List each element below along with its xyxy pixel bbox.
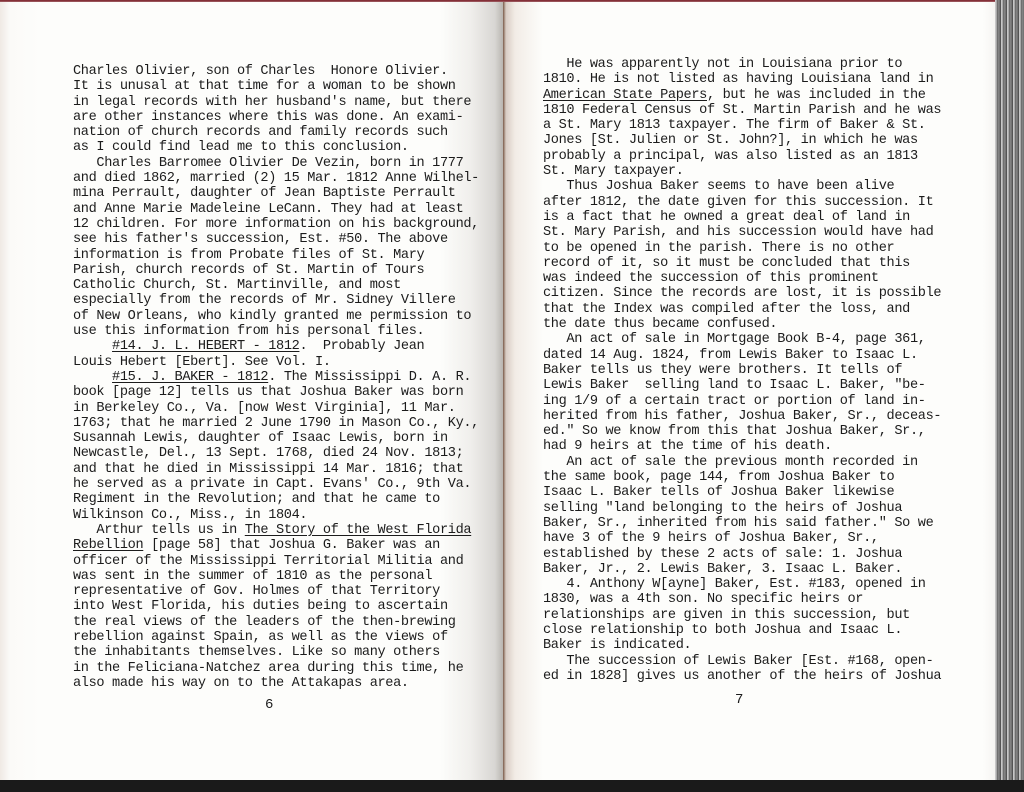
text-line: It is unusal at that time for a woman to… bbox=[73, 79, 479, 94]
text-line: the inhabitants themselves. Like so many… bbox=[73, 645, 479, 660]
text-line: Lewis Baker selling land to Isaac L. Bak… bbox=[543, 378, 941, 393]
text-line: Baker, Jr., 2. Lewis Baker, 3. Isaac L. … bbox=[543, 562, 941, 577]
text-line: and Anne Marie Madeleine LeCann. They ha… bbox=[73, 202, 479, 217]
text-line: Regiment in the Revolution; and that he … bbox=[73, 492, 479, 507]
text-line: 1810. He is not listed as having Louisia… bbox=[543, 72, 941, 87]
text-line: Rebellion [page 58] that Joshua G. Baker… bbox=[73, 538, 479, 553]
text-line: dated 14 Aug. 1824, from Lewis Baker to … bbox=[543, 348, 941, 363]
text-line: 4. Anthony W[ayne] Baker, Est. #183, ope… bbox=[543, 577, 941, 592]
text-line: 12 children. For more information on his… bbox=[73, 217, 479, 232]
text-line: was indeed the succession of this promin… bbox=[543, 271, 941, 286]
underlined-text: Rebellion bbox=[73, 538, 143, 553]
text-line: Baker tells us they were brothers. It te… bbox=[543, 363, 941, 378]
text-line: Charles Olivier, son of Charles Honore O… bbox=[73, 64, 479, 79]
book-bottom-shadow bbox=[0, 780, 1024, 792]
text-line: book [page 12] tells us that Joshua Bake… bbox=[73, 385, 479, 400]
text-line: as I could find lead me to this conclusi… bbox=[73, 140, 479, 155]
text-line: into West Florida, his duties being to a… bbox=[73, 599, 479, 614]
text-line: to be opened in the parish. There is no … bbox=[543, 241, 941, 256]
text-line: Susannah Lewis, daughter of Isaac Lewis,… bbox=[73, 431, 479, 446]
text-line: and died 1862, married (2) 15 Mar. 1812 … bbox=[73, 171, 479, 186]
text-line: Parish, church records of St. Martin of … bbox=[73, 263, 479, 278]
text-line: #15. J. BAKER - 1812. The Mississippi D.… bbox=[73, 370, 479, 385]
underlined-text: #14. J. L. HEBERT - 1812 bbox=[112, 339, 299, 354]
text-line: Catholic Church, St. Martinville, and mo… bbox=[73, 278, 479, 293]
text-line: Arthur tells us in The Story of the West… bbox=[73, 523, 479, 538]
text-line: Charles Barromee Olivier De Vezin, born … bbox=[73, 156, 479, 171]
text-line: Isaac L. Baker tells of Joshua Baker lik… bbox=[543, 485, 941, 500]
text-line: see his father's succession, Est. #50. T… bbox=[73, 232, 479, 247]
underlined-text: #15. J. BAKER - 1812 bbox=[112, 370, 268, 385]
left-page: Charles Olivier, son of Charles Honore O… bbox=[0, 2, 503, 782]
text-line: herited from his father, Joshua Baker, S… bbox=[543, 409, 941, 424]
text-line: of New Orleans, who kindly granted me pe… bbox=[73, 309, 479, 324]
page-edges bbox=[995, 0, 1024, 792]
text-line: a St. Mary 1813 taxpayer. The firm of Ba… bbox=[543, 118, 941, 133]
text-line: He was apparently not in Louisiana prior… bbox=[543, 57, 941, 72]
page-number-left: 6 bbox=[265, 697, 273, 713]
left-page-body: Charles Olivier, son of Charles Honore O… bbox=[73, 64, 479, 691]
text-line: record of it, so it must be concluded th… bbox=[543, 256, 941, 271]
text-line: was sent in the summer of 1810 as the pe… bbox=[73, 569, 479, 584]
text-line: #14. J. L. HEBERT - 1812. Probably Jean bbox=[73, 339, 479, 354]
text-line: nation of church records and family reco… bbox=[73, 125, 479, 140]
text-line: relationships are given in this successi… bbox=[543, 608, 941, 623]
text-line: citizen. Since the records are lost, it … bbox=[543, 286, 941, 301]
text-line: St. Mary Parish, and his succession woul… bbox=[543, 225, 941, 240]
text-line: ing 1/9 of a certain tract or portion of… bbox=[543, 394, 941, 409]
text-line: in the Feliciana-Natchez area during thi… bbox=[73, 661, 479, 676]
page-number-right: 7 bbox=[735, 692, 743, 708]
text-line: 1763; that he married 2 June 1790 in Mas… bbox=[73, 416, 479, 431]
text-line: rebellion against Spain, as well as the … bbox=[73, 630, 479, 645]
text-line: An act of sale the previous month record… bbox=[543, 455, 941, 470]
text-line: probably a principal, was also listed as… bbox=[543, 149, 941, 164]
text-line: in legal records with her husband's name… bbox=[73, 95, 479, 110]
text-line: had 9 heirs at the time of his death. bbox=[543, 439, 941, 454]
text-line: Thus Joshua Baker seems to have been ali… bbox=[543, 179, 941, 194]
text-line: Newcastle, Del., 13 Sept. 1768, died 24 … bbox=[73, 446, 479, 461]
text-line: information is from Probate files of St.… bbox=[73, 248, 479, 263]
text-line: The succession of Lewis Baker [Est. #168… bbox=[543, 654, 941, 669]
text-line: the real views of the leaders of the the… bbox=[73, 615, 479, 630]
text-line: Baker, Sr., inherited from his said fath… bbox=[543, 516, 941, 531]
text-line: he served as a private in Capt. Evans' C… bbox=[73, 477, 479, 492]
text-line: also made his way on to the Attakapas ar… bbox=[73, 676, 479, 691]
text-line: mina Perrault, daughter of Jean Baptiste… bbox=[73, 186, 479, 201]
text-line: St. Mary taxpayer. bbox=[543, 164, 941, 179]
text-line: the date thus became confused. bbox=[543, 317, 941, 332]
underlined-text: American State Papers bbox=[543, 88, 707, 103]
underlined-text: The Story of the West Florida bbox=[245, 523, 471, 538]
text-line: Baker is indicated. bbox=[543, 638, 941, 653]
text-line: ed." So we know from this that Joshua Ba… bbox=[543, 424, 941, 439]
text-line: selling "land belonging to the heirs of … bbox=[543, 501, 941, 516]
text-line: in Berkeley Co., Va. [now West Virginia]… bbox=[73, 401, 479, 416]
right-page-body: He was apparently not in Louisiana prior… bbox=[543, 57, 941, 684]
text-line: Wilkinson Co., Miss., in 1804. bbox=[73, 508, 479, 523]
text-line: have 3 of the 9 heirs of Joshua Baker, S… bbox=[543, 531, 941, 546]
text-line: and that he died in Mississippi 14 Mar. … bbox=[73, 462, 479, 477]
text-line: Jones [St. Julien or St. John?], in whic… bbox=[543, 133, 941, 148]
text-line: that the Index was compiled after the lo… bbox=[543, 302, 941, 317]
text-line: representative of Gov. Holmes of that Te… bbox=[73, 584, 479, 599]
text-line: 1830, was a 4th son. No specific heirs o… bbox=[543, 592, 941, 607]
text-line: the same book, page 144, from Joshua Bak… bbox=[543, 470, 941, 485]
text-line: after 1812, the date given for this succ… bbox=[543, 195, 941, 210]
text-line: An act of sale in Mortgage Book B-4, pag… bbox=[543, 332, 941, 347]
text-line: especially from the records of Mr. Sidne… bbox=[73, 293, 479, 308]
text-line: officer of the Mississippi Territorial M… bbox=[73, 554, 479, 569]
text-line: is a fact that he owned a great deal of … bbox=[543, 210, 941, 225]
text-line: are other instances where this was done.… bbox=[73, 110, 479, 125]
text-line: close relationship to both Joshua and Is… bbox=[543, 623, 941, 638]
text-line: 1810 Federal Census of St. Martin Parish… bbox=[543, 103, 941, 118]
text-line: Louis Hebert [Ebert]. See Vol. I. bbox=[73, 355, 479, 370]
text-line: American State Papers, but he was includ… bbox=[543, 88, 941, 103]
text-line: use this information from his personal f… bbox=[73, 324, 479, 339]
text-line: ed in 1828] gives us another of the heir… bbox=[543, 669, 941, 684]
text-line: established by these 2 acts of sale: 1. … bbox=[543, 547, 941, 562]
right-page: He was apparently not in Louisiana prior… bbox=[503, 2, 997, 782]
